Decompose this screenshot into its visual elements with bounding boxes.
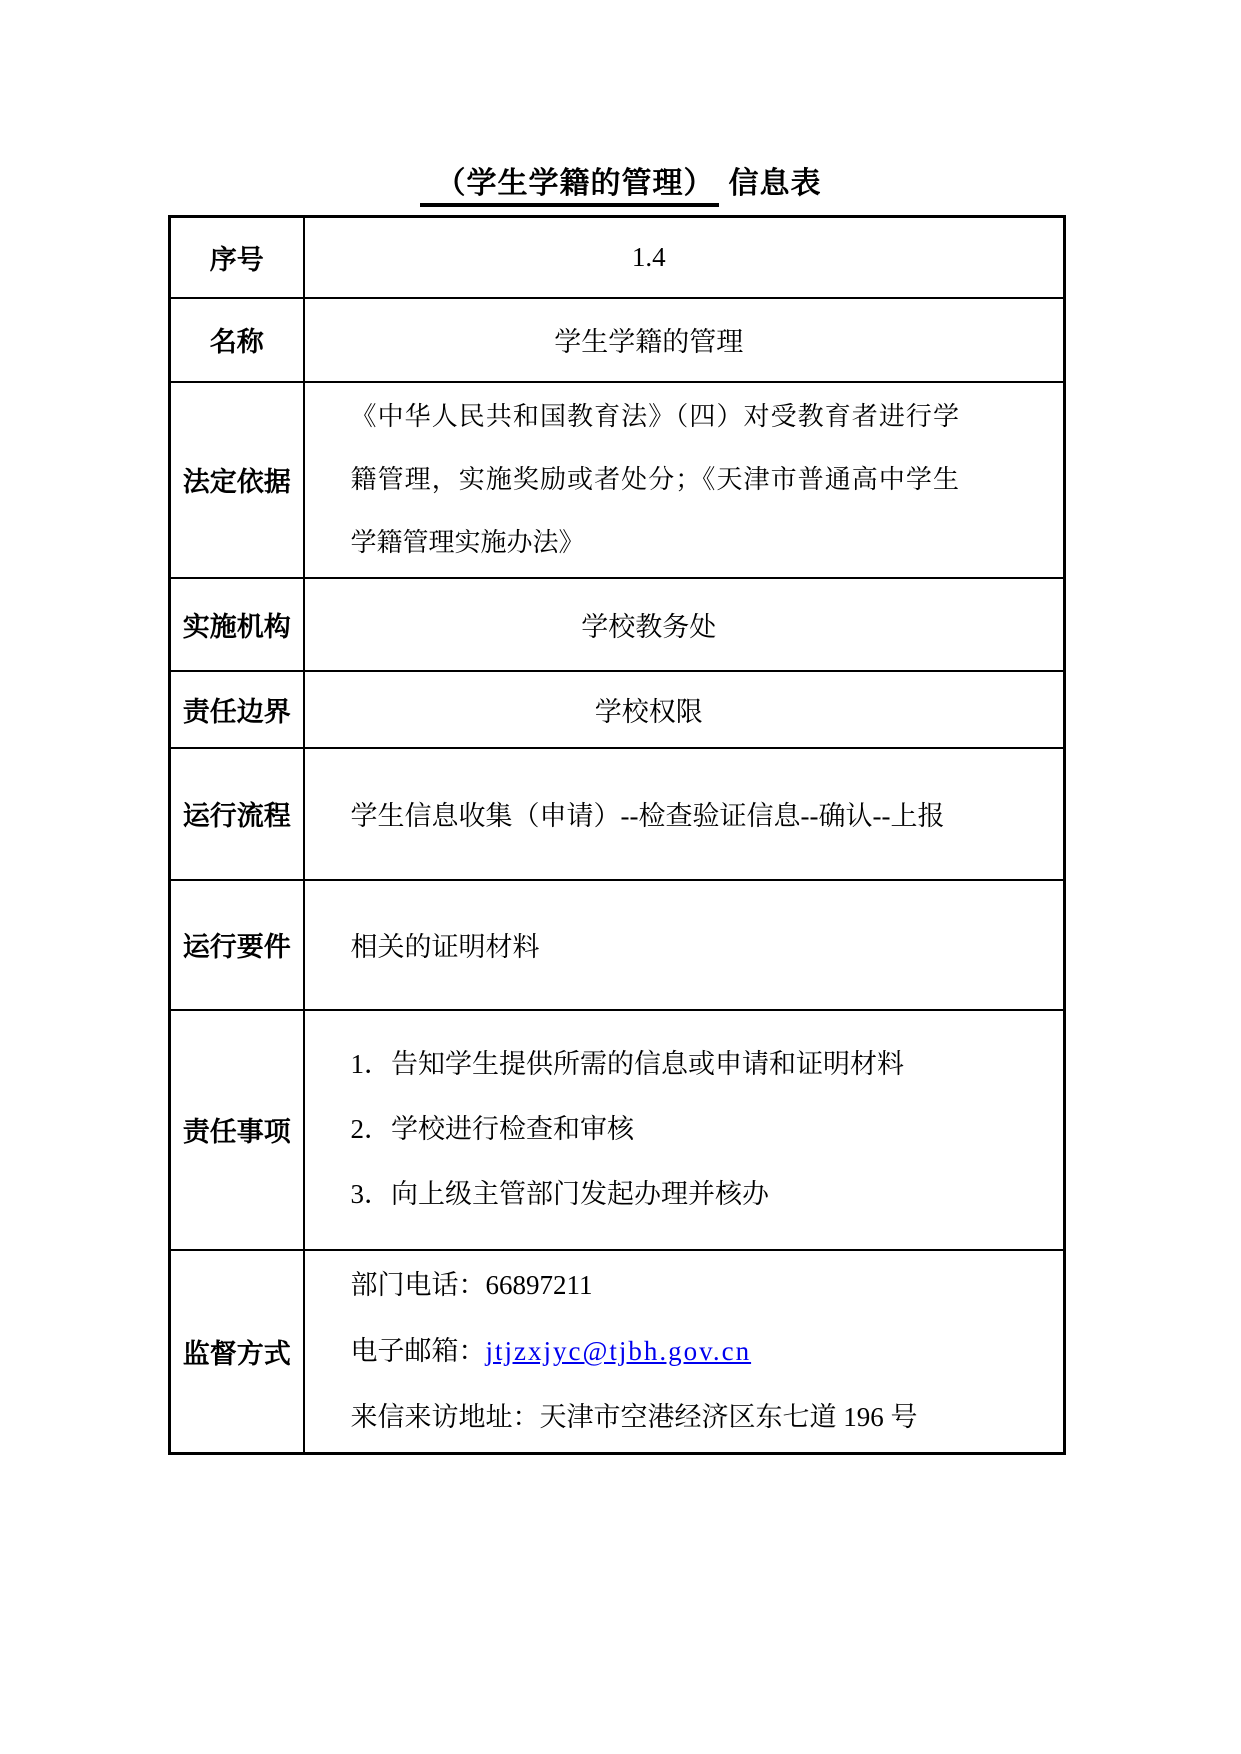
title-rest-part: 信息表	[729, 167, 822, 200]
row-label-mingcheng: 名称	[170, 298, 304, 382]
table-row-yunxing-liucheng: 运行流程 学生信息收集（申请）--检查验证信息--确认--上报	[170, 748, 1065, 880]
table-row-zeren-shixiang: 责任事项 1．告知学生提供所需的信息或申请和证明材料 2．学校进行检查和审核 3…	[170, 1010, 1065, 1250]
row-label-zeren-bianjie: 责任边界	[170, 671, 304, 748]
row-label-fading-yiju: 法定依据	[170, 382, 304, 578]
row-value-yunxing-yaojian: 相关的证明材料	[304, 880, 1065, 1010]
email-link[interactable]: jtjzxjyc@tjbh.gov.cn	[486, 1336, 752, 1366]
duty-item-1: 1．告知学生提供所需的信息或申请和证明材料	[351, 1032, 1064, 1097]
row-label-yunxing-yaojian: 运行要件	[170, 880, 304, 1010]
info-table: 序号 1.4 名称 学生学籍的管理 法定依据 《中华人民共和国教育法》（四）对受…	[168, 215, 1066, 1455]
supervision-email-line: 电子邮箱：jtjzxjyc@tjbh.gov.cn	[351, 1318, 1064, 1384]
duty-item-3: 3．向上级主管部门发起办理并核办	[351, 1162, 1064, 1227]
row-label-zeren-shixiang: 责任事项	[170, 1010, 304, 1250]
row-label-xuhao: 序号	[170, 217, 304, 298]
table-row-xuhao: 序号 1.4	[170, 217, 1065, 298]
row-label-jiandu-fangshi: 监督方式	[170, 1250, 304, 1454]
table-row-fading-yiju: 法定依据 《中华人民共和国教育法》（四）对受教育者进行学籍管理，实施奖励或者处分…	[170, 382, 1065, 578]
row-value-zeren-bianjie: 学校权限	[304, 671, 1065, 748]
row-value-zeren-shixiang: 1．告知学生提供所需的信息或申请和证明材料 2．学校进行检查和审核 3．向上级主…	[304, 1010, 1065, 1250]
document-page: （学生学籍的管理）信息表 序号 1.4 名称 学生学籍的管理 法定依据 《中华人…	[0, 0, 1241, 1754]
row-value-mingcheng: 学生学籍的管理	[304, 298, 1065, 382]
duty-item-2: 2．学校进行检查和审核	[351, 1097, 1064, 1162]
table-row-jiandu-fangshi: 监督方式 部门电话：66897211 电子邮箱：jtjzxjyc@tjbh.go…	[170, 1250, 1065, 1454]
supervision-address-line: 来信来访地址：天津市空港经济区东七道 196 号	[351, 1384, 1064, 1450]
row-value-xuhao: 1.4	[304, 217, 1065, 298]
row-value-jiandu-fangshi: 部门电话：66897211 电子邮箱：jtjzxjyc@tjbh.gov.cn …	[304, 1250, 1065, 1454]
table-row-zeren-bianjie: 责任边界 学校权限	[170, 671, 1065, 748]
table-row-mingcheng: 名称 学生学籍的管理	[170, 298, 1065, 382]
table-row-yunxing-yaojian: 运行要件 相关的证明材料	[170, 880, 1065, 1010]
supervision-email-label: 电子邮箱：	[351, 1336, 486, 1366]
supervision-phone-line: 部门电话：66897211	[351, 1252, 1064, 1318]
row-value-yunxing-liucheng: 学生信息收集（申请）--检查验证信息--确认--上报	[304, 748, 1065, 880]
row-label-shishi-jigou: 实施机构	[170, 578, 304, 671]
page-title: （学生学籍的管理）信息表	[0, 158, 1241, 202]
row-value-fading-yiju: 《中华人民共和国教育法》（四）对受教育者进行学籍管理，实施奖励或者处分；《天津市…	[304, 382, 1065, 578]
row-label-yunxing-liucheng: 运行流程	[170, 748, 304, 880]
row-value-shishi-jigou: 学校教务处	[304, 578, 1065, 671]
table-row-shishi-jigou: 实施机构 学校教务处	[170, 578, 1065, 671]
title-underlined-part: （学生学籍的管理）	[420, 167, 719, 207]
